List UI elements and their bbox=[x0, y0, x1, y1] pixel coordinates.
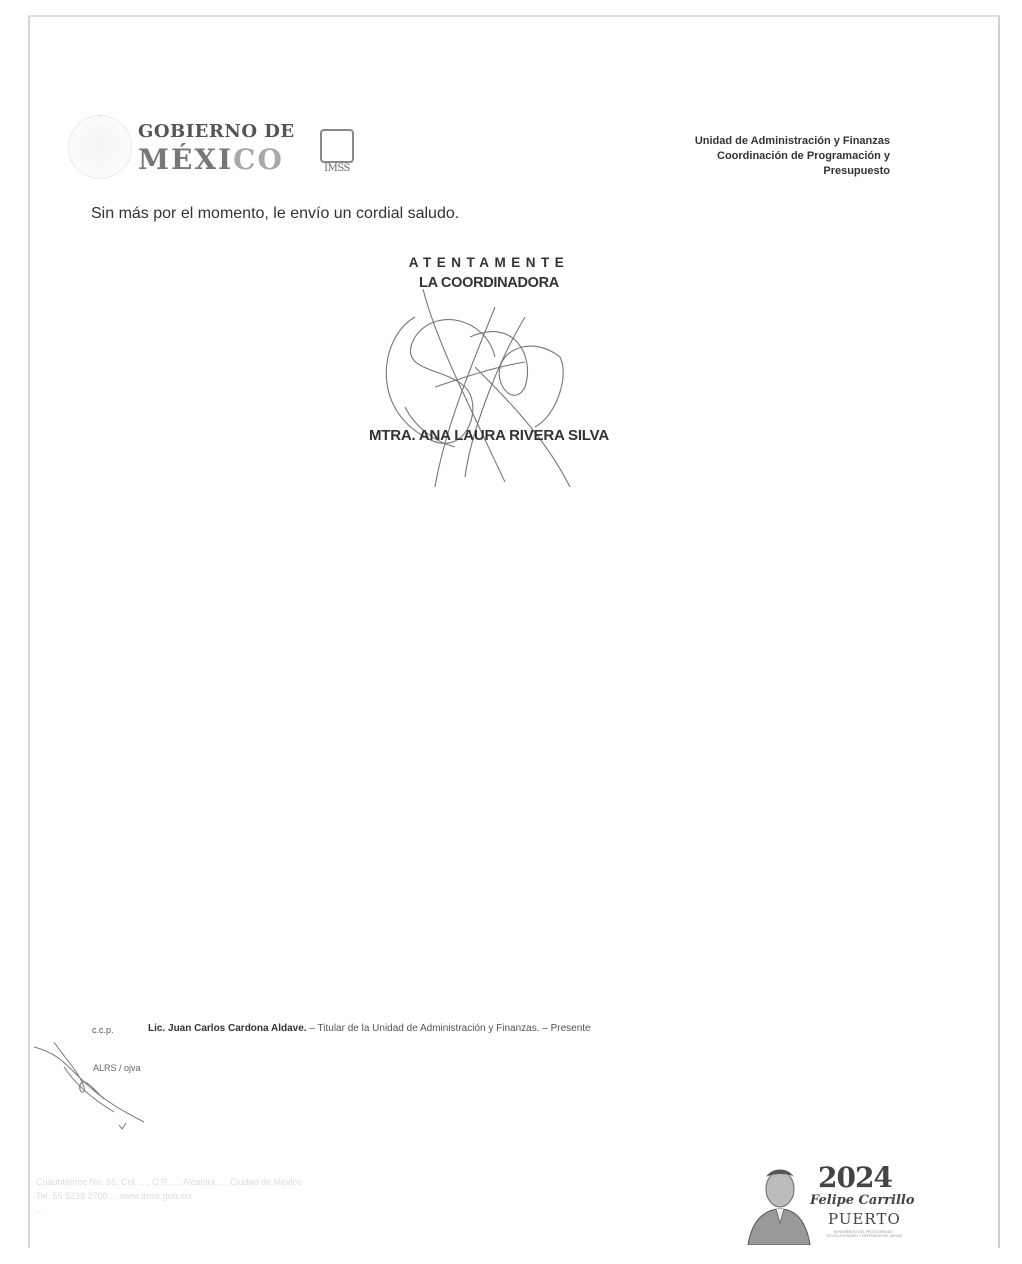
portrait-icon bbox=[746, 1163, 812, 1245]
unit-line: Presupuesto bbox=[695, 164, 890, 179]
national-seal-icon bbox=[68, 115, 132, 179]
logo-name: Felipe Carrillo bbox=[810, 1193, 915, 1208]
government-logo-country: MÉXICO bbox=[138, 143, 284, 176]
ccp-label: c.c.p. bbox=[92, 1025, 114, 1035]
imss-label: IMSS bbox=[320, 163, 354, 174]
imss-emblem-icon bbox=[320, 129, 354, 163]
government-logo-top: GOBIERNO DE bbox=[138, 121, 295, 142]
imss-logo: IMSS bbox=[320, 129, 354, 175]
country-text-b: CO bbox=[233, 143, 284, 176]
issuing-unit: Unidad de Administración y Finanzas Coor… bbox=[695, 134, 890, 179]
initials-signature bbox=[34, 1037, 154, 1132]
closing-word: ATENTAMENTE bbox=[374, 255, 604, 270]
document-page: GOBIERNO DE MÉXICO IMSS Unidad de Admini… bbox=[28, 15, 1000, 1248]
handwritten-signature bbox=[375, 277, 605, 497]
ccp-recipient-name: Lic. Juan Carlos Cardona Aldave. bbox=[148, 1023, 307, 1034]
address-line: ... bbox=[36, 1203, 556, 1217]
unit-line: Coordinación de Programación y bbox=[695, 149, 890, 164]
country-text-a: MÉXI bbox=[138, 143, 233, 176]
address-line: Tel. 55 5238 2700 ... www.imss.gob.mx bbox=[36, 1189, 556, 1203]
logo-tagline: BENEMÉRITO DEL PROLETARIADO, REVOLUCIONA… bbox=[822, 1230, 906, 1238]
ccp-recipient: Lic. Juan Carlos Cardona Aldave. – Titul… bbox=[148, 1023, 591, 1034]
logo-year: 2024 bbox=[818, 1161, 892, 1194]
signer-name: MTRA. ANA LAURA RIVERA SILVA bbox=[314, 427, 664, 444]
commemorative-year-logo: 2024 Felipe Carrillo PUERTO BENEMÉRITO D… bbox=[742, 1159, 922, 1247]
logo-surname: PUERTO bbox=[828, 1210, 901, 1228]
footer-address: Cuauhtémoc No. 56, Col. ..., C.P. ..., A… bbox=[36, 1175, 556, 1217]
ccp-recipient-description: – Titular de la Unidad de Administración… bbox=[307, 1023, 591, 1034]
unit-line: Unidad de Administración y Finanzas bbox=[695, 134, 890, 149]
closing-greeting: Sin más por el momento, le envío un cord… bbox=[91, 205, 459, 223]
address-line: Cuauhtémoc No. 56, Col. ..., C.P. ..., A… bbox=[36, 1175, 556, 1189]
